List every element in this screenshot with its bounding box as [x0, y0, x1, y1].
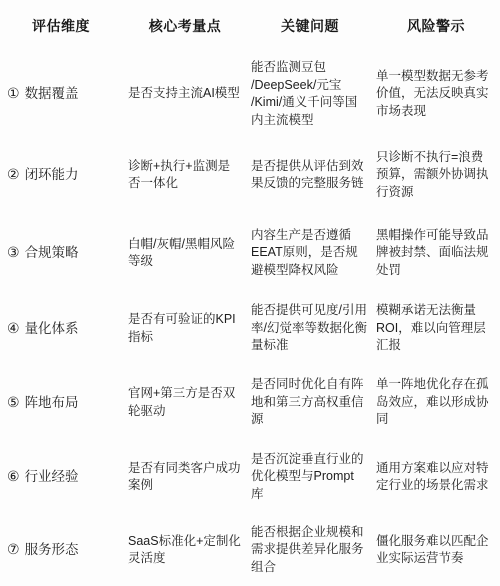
cell-consideration: 是否支持主流AI模型 [122, 85, 248, 103]
row-number: ③ [7, 244, 20, 262]
cell-risk: 僵化服务难以匹配企 业实际运营节奏 [372, 533, 500, 568]
cell-consideration: SaaS标准化+定制化 灵活度 [122, 533, 248, 568]
header-cell-dimension: 评估维度 [0, 16, 122, 36]
cell-question: 能否监测豆包 /DeepSeek/元宝 /Kimi/通义千问等国 内主流模型 [248, 59, 372, 129]
dimension-label: 闭环能力 [25, 166, 79, 184]
table-row: ④ 量化体系 是否有可验证的KPI 指标 能否提供可见度/引用 率/幻觉率等数据… [0, 292, 500, 365]
cell-consideration: 是否有同类客户成功 案例 [122, 460, 248, 495]
dimension-label: 合规策略 [25, 244, 79, 262]
cell-dimension: ⑤ 阵地布局 [0, 394, 122, 412]
dimension-label: 数据覆盖 [25, 85, 79, 103]
dimension-label: 阵地布局 [25, 394, 79, 412]
row-number: ⑥ [7, 468, 20, 486]
cell-dimension: ④ 量化体系 [0, 320, 122, 338]
cell-risk: 只诊断不执行=浪费 预算，需额外协调执 行资源 [372, 149, 500, 202]
cell-risk: 黑帽操作可能导致品 牌被封禁、面临法规 处罚 [372, 227, 500, 280]
cell-consideration: 官网+第三方是否双 轮驱动 [122, 385, 248, 420]
dimension-label: 服务形态 [25, 541, 79, 559]
table-row: ① 数据覆盖 是否支持主流AI模型 能否监测豆包 /DeepSeek/元宝 /K… [0, 52, 500, 136]
cell-question: 是否提供从评估到效 果反馈的完整服务链 [248, 158, 372, 193]
cell-risk: 通用方案难以应对特 定行业的场景化需求 [372, 460, 500, 495]
dimension-label: 行业经验 [25, 468, 79, 486]
table-row: ⑤ 阵地布局 官网+第三方是否双 轮驱动 是否同时优化自有阵 地和第三方高权重信… [0, 365, 500, 440]
table-row: ② 闭环能力 诊断+执行+监测是 否一体化 是否提供从评估到效 果反馈的完整服务… [0, 136, 500, 214]
cell-risk: 模糊承诺无法衡量 ROI，难以向管理层 汇报 [372, 302, 500, 355]
cell-dimension: ⑥ 行业经验 [0, 468, 122, 486]
row-number: ② [7, 166, 20, 184]
cell-question: 内容生产是否遵循 EEAT原则，是否规 避模型降权风险 [248, 227, 372, 280]
table-row: ⑥ 行业经验 是否有同类客户成功 案例 是否沉淀垂直行业的 优化模型与Promp… [0, 440, 500, 514]
cell-question: 是否沉淀垂直行业的 优化模型与Prompt 库 [248, 451, 372, 504]
row-number: ⑦ [7, 541, 20, 559]
cell-risk: 单一阵地优化存在孤 岛效应，难以形成协 同 [372, 376, 500, 429]
cell-consideration: 白帽/灰帽/黑帽风险 等级 [122, 236, 248, 271]
cell-consideration: 是否有可验证的KPI 指标 [122, 311, 248, 346]
cell-question: 能否根据企业规模和 需求提供差异化服务 组合 [248, 524, 372, 577]
evaluation-table: 评估维度 核心考量点 关键问题 风险警示 ① 数据覆盖 是否支持主流AI模型 能… [0, 0, 500, 586]
row-number: ① [7, 85, 20, 103]
header-cell-consideration: 核心考量点 [122, 16, 248, 36]
cell-dimension: ① 数据覆盖 [0, 85, 122, 103]
table-row: ⑦ 服务形态 SaaS标准化+定制化 灵活度 能否根据企业规模和 需求提供差异化… [0, 514, 500, 586]
dimension-label: 量化体系 [25, 320, 79, 338]
row-number: ⑤ [7, 394, 20, 412]
header-cell-question: 关键问题 [248, 16, 372, 36]
header-cell-risk: 风险警示 [372, 16, 500, 36]
cell-risk: 单一模型数据无参考 价值，无法反映真实 市场表现 [372, 68, 500, 121]
row-number: ④ [7, 320, 20, 338]
cell-dimension: ③ 合规策略 [0, 244, 122, 262]
cell-question: 能否提供可见度/引用 率/幻觉率等数据化衡 量标准 [248, 302, 372, 355]
table-header-row: 评估维度 核心考量点 关键问题 风险警示 [0, 0, 500, 52]
cell-dimension: ⑦ 服务形态 [0, 541, 122, 559]
cell-question: 是否同时优化自有阵 地和第三方高权重信 源 [248, 376, 372, 429]
cell-dimension: ② 闭环能力 [0, 166, 122, 184]
cell-consideration: 诊断+执行+监测是 否一体化 [122, 158, 248, 193]
table-row: ③ 合规策略 白帽/灰帽/黑帽风险 等级 内容生产是否遵循 EEAT原则，是否规… [0, 214, 500, 292]
